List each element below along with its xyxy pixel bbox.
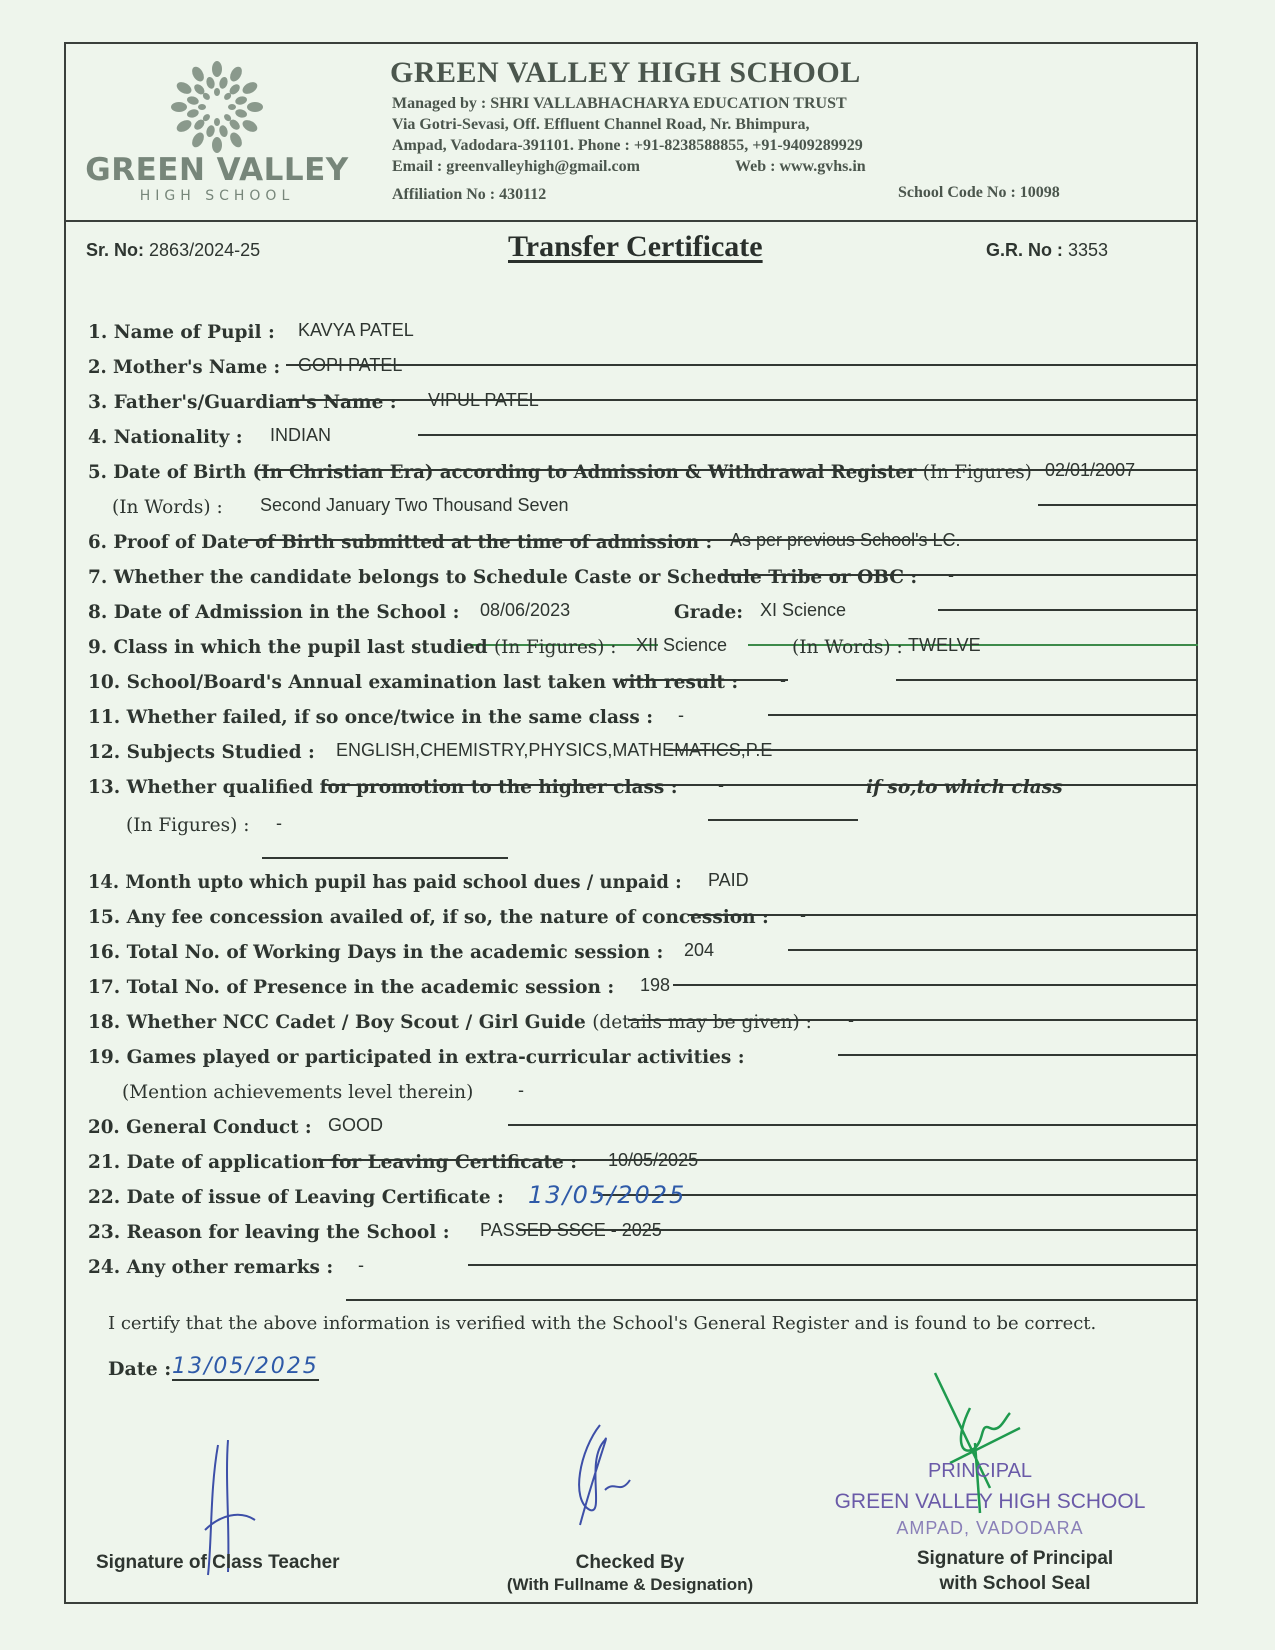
field-value: PAID [708,870,749,891]
field-secondary-label: Grade: [674,602,743,623]
address-line-2: Ampad, Vadodara-391101. Phone : +91-8238… [392,137,863,155]
fill-line [346,1275,1198,1301]
field-label: 1. Name of Pupil : [88,322,275,343]
field-row: 14. Month upto which pupil has paid scho… [88,872,1198,902]
field-secondary-value: TWELVE [908,635,981,656]
field-label-text: 19. Games played or participated in extr… [88,1047,745,1068]
field-value: 02/01/2007 [1045,460,1135,481]
principal-subtitle: with School Seal [880,1573,1150,1595]
field-label-text: 14. Month upto which pupil has paid scho… [88,872,682,893]
website: Web : www.gvhs.in [735,158,866,176]
email: Email : greenvalleyhigh@gmail.com [392,158,640,176]
field-label-text: 15. Any fee concession availed of, if so… [88,907,769,928]
field-row: 12. Subjects Studied :ENGLISH,CHEMISTRY,… [88,742,1198,772]
logo-name: GREEN VALLEY [82,152,352,188]
field-value: VIPUL PATEL [428,390,539,411]
stamp-title: PRINCIPAL [920,1460,1040,1483]
class-teacher-label: Signature of Class Teacher [96,1552,340,1574]
field-row: 15. Any fee concession availed of, if so… [88,907,1198,937]
field-row: 24. Any other remarks :- [88,1257,1198,1287]
field-label: 13. Whether qualified for promotion to t… [88,777,678,798]
checked-by-signature-icon [560,1420,640,1530]
field-label-text: 21. Date of application for Leaving Cert… [88,1152,577,1173]
field-label-text: (In Words) : [112,497,223,518]
principal-label: Signature of Principal [880,1548,1150,1570]
field-value: - [718,775,724,796]
field-label-text: 1. Name of Pupil : [88,322,275,343]
field-label: 19. Games played or participated in extr… [88,1047,745,1068]
field-label-note: (In Figures) [923,462,1032,483]
school-logo: GREEN VALLEY HIGH SCHOOL [82,52,352,212]
field-row: 22. Date of issue of Leaving Certificate… [88,1187,1198,1217]
field-value: KAVYA PATEL [298,320,414,341]
field-value: - [358,1255,364,1276]
field-label: 14. Month upto which pupil has paid scho… [88,872,682,893]
field-label: 24. Any other remarks : [88,1257,333,1278]
stamp-place: AMPAD, VADODARA [870,1518,1110,1539]
field-row: 19. Games played or participated in extr… [88,1047,1198,1077]
fill-line [262,833,508,859]
field-value: 13/05/2025 [528,1181,686,1209]
field-value: XII Science [636,635,727,656]
field-label: 4. Nationality : [88,427,243,448]
field-label-text: 22. Date of issue of Leaving Certificate… [88,1187,504,1208]
field-value: PASSED SSCE - 2025 [480,1220,662,1241]
field-label-text: 13. Whether qualified for promotion to t… [88,777,678,798]
date-label: Date : [108,1358,171,1380]
field-value: GOOD [328,1115,383,1136]
field-label: (In Words) : [112,497,223,518]
field-value: - [678,705,684,726]
field-row: 7. Whether the candidate belongs to Sche… [88,567,1198,597]
serial-label: Sr. No: [86,240,144,260]
field-value: - [276,813,282,834]
field-label: 5. Date of Birth (In Christian Era) acco… [88,462,1032,483]
field-label-note: (details may be given) : [592,1012,812,1033]
gr-value: 3353 [1068,240,1108,260]
stamp-school: GREEN VALLEY HIGH SCHOOL [830,1490,1150,1514]
field-row: (In Figures) :- [88,815,1198,845]
field-value: ENGLISH,CHEMISTRY,PHYSICS,MATHEMATICS,P.… [336,740,772,761]
field-label: 6. Proof of Date of Birth submitted at t… [88,532,712,553]
field-label: 22. Date of issue of Leaving Certificate… [88,1187,504,1208]
field-secondary-label: (In Words) : [792,637,903,658]
field-value: Second January Two Thousand Seven [260,495,569,516]
field-label: 11. Whether failed, if so once/twice in … [88,707,653,728]
field-label-text: 4. Nationality : [88,427,243,448]
field-label: 9. Class in which the pupil last studied… [88,637,616,658]
field-row: 3. Father's/Guardian's Name :VIPUL PATEL [88,392,1198,422]
field-row: 4. Nationality :INDIAN [88,427,1198,457]
field-label: 2. Mother's Name : [88,357,280,378]
field-row: 13. Whether qualified for promotion to t… [88,777,1198,807]
field-value: INDIAN [270,425,331,446]
field-row: 16. Total No. of Working Days in the aca… [88,942,1198,972]
field-label: 17. Total No. of Presence in the academi… [88,977,614,998]
date-value: 13/05/2025 [172,1354,319,1381]
field-label-text: 16. Total No. of Working Days in the aca… [88,942,663,963]
field-label: 10. School/Board's Annual examination la… [88,672,738,693]
flower-logo-icon [162,57,272,157]
gr-label: G.R. No : [986,240,1063,260]
field-label-text: 20. General Conduct : [88,1117,312,1138]
field-label: 12. Subjects Studied : [88,742,315,763]
field-label: 18. Whether NCC Cadet / Boy Scout / Girl… [88,1012,812,1033]
field-row: 21. Date of application for Leaving Cert… [88,1152,1198,1182]
field-row: 1. Name of Pupil :KAVYA PATEL [88,322,1198,352]
affiliation-number: Affiliation No : 430112 [392,186,546,204]
field-row: 5. Date of Birth (In Christian Era) acco… [88,462,1198,492]
field-label-text: 2. Mother's Name : [88,357,280,378]
field-row: 8. Date of Admission in the School :08/0… [88,602,1198,632]
field-row: 9. Class in which the pupil last studied… [88,637,1198,667]
field-row: 2. Mother's Name :GOPI PATEL [88,357,1198,387]
title-row: Sr. No: 2863/2024-25 Transfer Certificat… [64,230,1198,270]
field-row: 11. Whether failed, if so once/twice in … [88,707,1198,737]
field-value: - [800,905,806,926]
field-label-text: 5. Date of Birth (In Christian Era) acco… [88,462,916,483]
field-label: 20. General Conduct : [88,1117,312,1138]
address-line-1: Via Gotri-Sevasi, Off. Effluent Channel … [392,116,810,134]
field-label-text: (In Figures) : [126,815,249,836]
field-label: 23. Reason for leaving the School : [88,1222,450,1243]
field-value: As per previous School's LC. [730,530,961,551]
field-value: - [780,670,786,691]
field-value: GOPI PATEL [298,355,402,376]
field-value: - [848,1010,854,1031]
field-row: 23. Reason for leaving the School :PASSE… [88,1222,1198,1252]
checked-by-subtitle: (With Fullname & Designation) [470,1575,790,1595]
field-label-text: 9. Class in which the pupil last studied [88,637,488,658]
managed-by: Managed by : SHRI VALLABHACHARYA EDUCATI… [392,95,847,113]
field-label-text: 8. Date of Admission in the School : [88,602,459,623]
field-secondary-label: if so,to which class [866,777,1063,798]
field-label: 8. Date of Admission in the School : [88,602,459,623]
field-label-text: 12. Subjects Studied : [88,742,315,763]
field-secondary-value: XI Science [760,600,846,621]
field-label: 16. Total No. of Working Days in the aca… [88,942,663,963]
field-label: 3. Father's/Guardian's Name : [88,392,397,413]
field-label-text: (Mention achievements level therein) [122,1082,473,1103]
header-divider [64,220,1198,222]
field-label-note: (In Figures) : [494,637,616,658]
field-label: 21. Date of application for Leaving Cert… [88,1152,577,1173]
field-value: 204 [684,940,714,961]
field-label-text: 17. Total No. of Presence in the academi… [88,977,614,998]
field-label-text: 23. Reason for leaving the School : [88,1222,450,1243]
field-label-text: 3. Father's/Guardian's Name : [88,392,397,413]
field-label-text: 10. School/Board's Annual examination la… [88,672,738,693]
field-value: 08/06/2023 [480,600,570,621]
field-label-text: 7. Whether the candidate belongs to Sche… [88,567,917,588]
document-title: Transfer Certificate [508,230,763,264]
field-label-text: 24. Any other remarks : [88,1257,333,1278]
logo-subtitle: HIGH SCHOOL [82,188,352,204]
field-row: (In Words) :Second January Two Thousand … [88,497,1198,527]
serial-value: 2863/2024-25 [149,240,260,260]
field-row: 18. Whether NCC Cadet / Boy Scout / Girl… [88,1012,1198,1042]
school-code: School Code No : 10098 [898,184,1060,202]
gr-number: G.R. No : 3353 [986,240,1108,261]
certification-statement: I certify that the above information is … [108,1313,1096,1334]
serial-number: Sr. No: 2863/2024-25 [86,240,260,261]
field-label: (In Figures) : [126,815,249,836]
field-row: (Mention achievements level therein)- [88,1082,1198,1112]
field-value: 10/05/2025 [608,1150,698,1171]
field-label: 7. Whether the candidate belongs to Sche… [88,567,917,588]
field-label-text: 11. Whether failed, if so once/twice in … [88,707,653,728]
school-name: GREEN VALLEY HIGH SCHOOL [390,56,861,90]
field-label-text: 18. Whether NCC Cadet / Boy Scout / Girl… [88,1012,586,1033]
field-row: 10. School/Board's Annual examination la… [88,672,1198,702]
checked-by-label: Checked By [480,1552,780,1574]
field-row: 20. General Conduct :GOOD [88,1117,1198,1147]
field-value: - [518,1080,524,1101]
field-label: 15. Any fee concession availed of, if so… [88,907,769,928]
field-value: 198 [640,975,670,996]
field-label: (Mention achievements level therein) [122,1082,473,1103]
field-row: 17. Total No. of Presence in the academi… [88,977,1198,1007]
field-label-text: 6. Proof of Date of Birth submitted at t… [88,532,712,553]
field-row: 6. Proof of Date of Birth submitted at t… [88,532,1198,562]
field-value: - [948,565,954,586]
